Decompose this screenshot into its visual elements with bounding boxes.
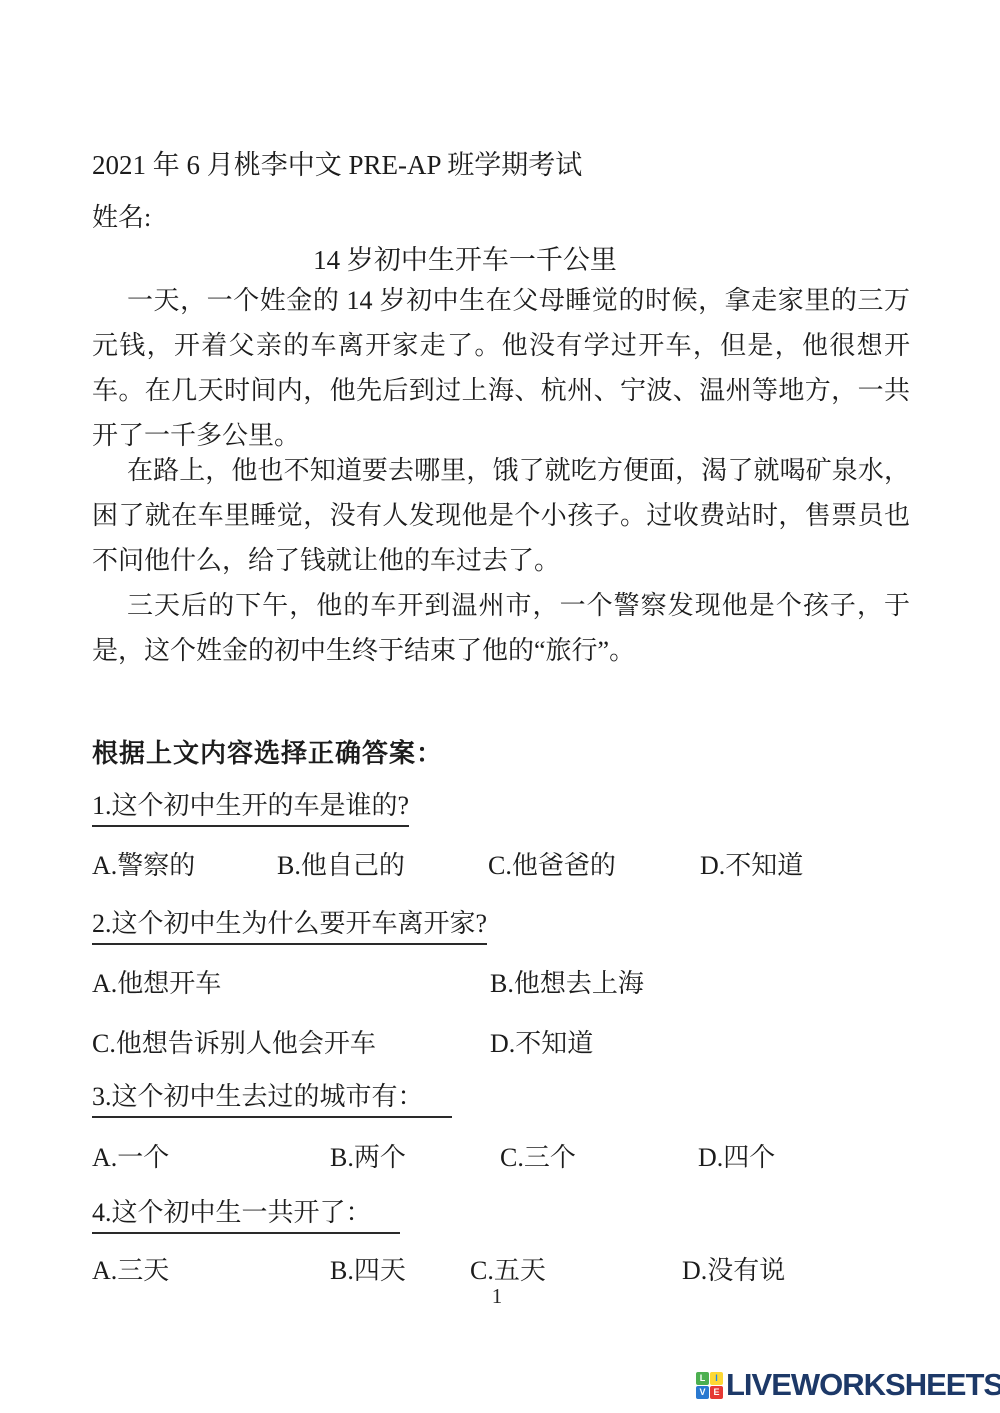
question-4-option-b[interactable]: B.四天 xyxy=(330,1250,406,1287)
question-2-text: 2.这个初中生为什么要开车离开家? xyxy=(92,903,487,945)
question-1-option-c[interactable]: C.他爸爸的 xyxy=(488,845,616,882)
page-number: 1 xyxy=(0,1284,994,1309)
document-title: 2021 年 6 月桃李中文 PRE-AP 班学期考试 xyxy=(92,143,582,182)
question-1-option-b[interactable]: B.他自己的 xyxy=(277,845,405,882)
question-2-options-row-1: A.他想开车 B.他想去上海 xyxy=(0,963,1000,1005)
worksheet-page: 2021 年 6 月桃李中文 PRE-AP 班学期考试 姓名: 14 岁初中生开… xyxy=(0,0,1000,1413)
question-3-option-a[interactable]: A.一个 xyxy=(92,1137,169,1174)
question-4-option-c[interactable]: C.五天 xyxy=(470,1250,546,1287)
question-3-option-c[interactable]: C.三个 xyxy=(500,1137,576,1174)
question-2-option-d[interactable]: D.不知道 xyxy=(490,1023,593,1060)
logo-square-i: I xyxy=(710,1372,723,1385)
instructions-heading: 根据上文内容选择正确答案： xyxy=(92,733,443,770)
question-2-option-a[interactable]: A.他想开车 xyxy=(92,963,221,1000)
passage-paragraph: 三天后的下午，他的车开到温州市，一个警察发现他是个孩子，于是，这个姓金的初中生终… xyxy=(92,583,910,673)
liveworksheets-logo[interactable]: L I V E LIVEWORKSHEETS xyxy=(696,1368,1000,1402)
liveworksheets-grid-icon: L I V E xyxy=(696,1372,723,1399)
question-1-option-d[interactable]: D.不知道 xyxy=(700,845,803,882)
question-4-option-d[interactable]: D.没有说 xyxy=(682,1250,785,1287)
logo-square-l: L xyxy=(696,1372,709,1385)
liveworksheets-wordmark: LIVEWORKSHEETS xyxy=(726,1367,1000,1403)
question-3-option-d[interactable]: D.四个 xyxy=(698,1137,775,1174)
question-4-option-a[interactable]: A.三天 xyxy=(92,1250,169,1287)
question-2-option-b[interactable]: B.他想去上海 xyxy=(490,963,644,1000)
passage-paragraph: 在路上，他也不知道要去哪里，饿了就吃方便面，渴了就喝矿泉水，困了就在车里睡觉，没… xyxy=(92,448,910,583)
question-4-text: 4.这个初中生一共开了： xyxy=(92,1192,400,1234)
question-2-option-c[interactable]: C.他想告诉别人他会开车 xyxy=(92,1023,376,1060)
name-label: 姓名: xyxy=(92,197,151,234)
question-3-option-b[interactable]: B.两个 xyxy=(330,1137,406,1174)
passage-paragraph: 一天，一个姓金的 14 岁初中生在父母睡觉的时候，拿走家里的三万元钱，开着父亲的… xyxy=(92,278,910,458)
question-2-options-row-2: C.他想告诉别人他会开车 D.不知道 xyxy=(0,1023,1000,1065)
passage-title: 14 岁初中生开车一千公里 xyxy=(0,238,930,277)
question-3-options: A.一个 B.两个 C.三个 D.四个 xyxy=(0,1137,1000,1179)
question-3-text: 3.这个初中生去过的城市有： xyxy=(92,1076,452,1118)
question-1-option-a[interactable]: A.警察的 xyxy=(92,845,195,882)
question-1-options: A.警察的 B.他自己的 C.他爸爸的 D.不知道 xyxy=(0,845,1000,887)
logo-square-v: V xyxy=(696,1386,709,1399)
question-1-text: 1.这个初中生开的车是谁的? xyxy=(92,785,409,827)
logo-square-e: E xyxy=(710,1386,723,1399)
